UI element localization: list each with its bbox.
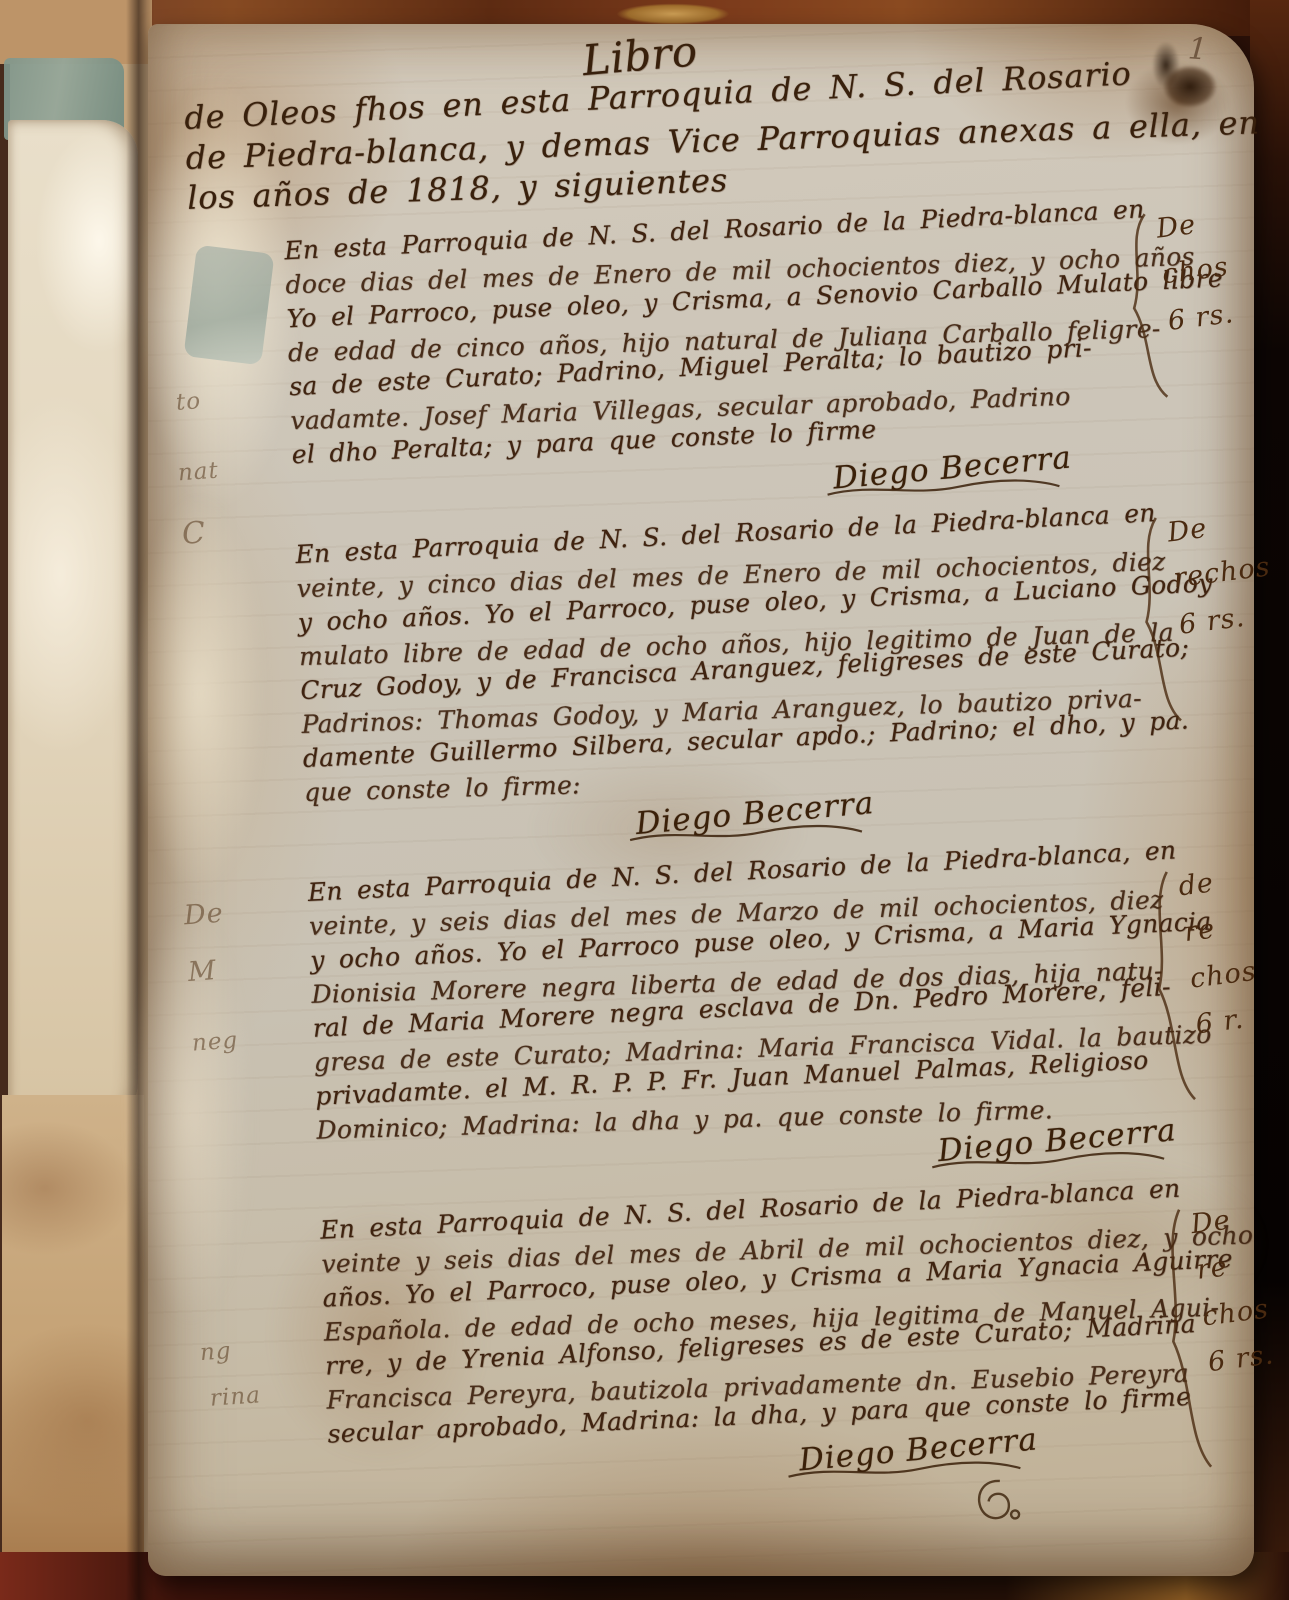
- fee-amount: 6 r.: [1194, 995, 1289, 1042]
- fee-amount: 6 rs.: [1206, 1333, 1289, 1380]
- baptism-entry: En esta Parroquia de N. S. del Rosario d…: [200, 505, 1221, 860]
- baptism-entry: En esta Parroquia de N. S. del Rosario d…: [189, 201, 1209, 522]
- baptism-entry: En esta Parroquia de N. S. del Rosario d…: [212, 842, 1233, 1197]
- baptism-entry: En esta Parroquia de N. S. del Rosario d…: [225, 1180, 1246, 1527]
- fee-amount: 6 rs.: [1177, 595, 1289, 642]
- fee-word: rechos: [1172, 549, 1289, 596]
- register-title: Libro de Oleos fhos en esta Parroquia de…: [182, 17, 1197, 218]
- margin-fragment: M: [187, 955, 218, 988]
- fee-amount: 6 rs.: [1166, 291, 1289, 338]
- stained-page-edge-bottom: [2, 1095, 144, 1560]
- fee-word: chos: [1201, 1287, 1289, 1334]
- fee-word: chos: [1160, 245, 1283, 292]
- fee-word: chos: [1188, 949, 1289, 996]
- final-rubric-loop: [970, 1474, 1024, 1528]
- manuscript-photo: 1 to nat C De M neg ng rina Libro de Ole…: [0, 0, 1289, 1600]
- torn-page-edge: [8, 120, 138, 1130]
- fee-margin-note: De rechos 6 rs.: [1166, 503, 1289, 656]
- fee-word: re: [1195, 1241, 1289, 1288]
- fee-margin-note: De chos 6 rs.: [1155, 199, 1289, 352]
- fee-word: re: [1183, 903, 1289, 950]
- margin-fragment: ng: [199, 1338, 232, 1366]
- manuscript-text: Libro de Oleos fhos en esta Parroquia de…: [182, 17, 1246, 1547]
- manuscript-page: 1 to nat C De M neg ng rina Libro de Ole…: [148, 24, 1254, 1576]
